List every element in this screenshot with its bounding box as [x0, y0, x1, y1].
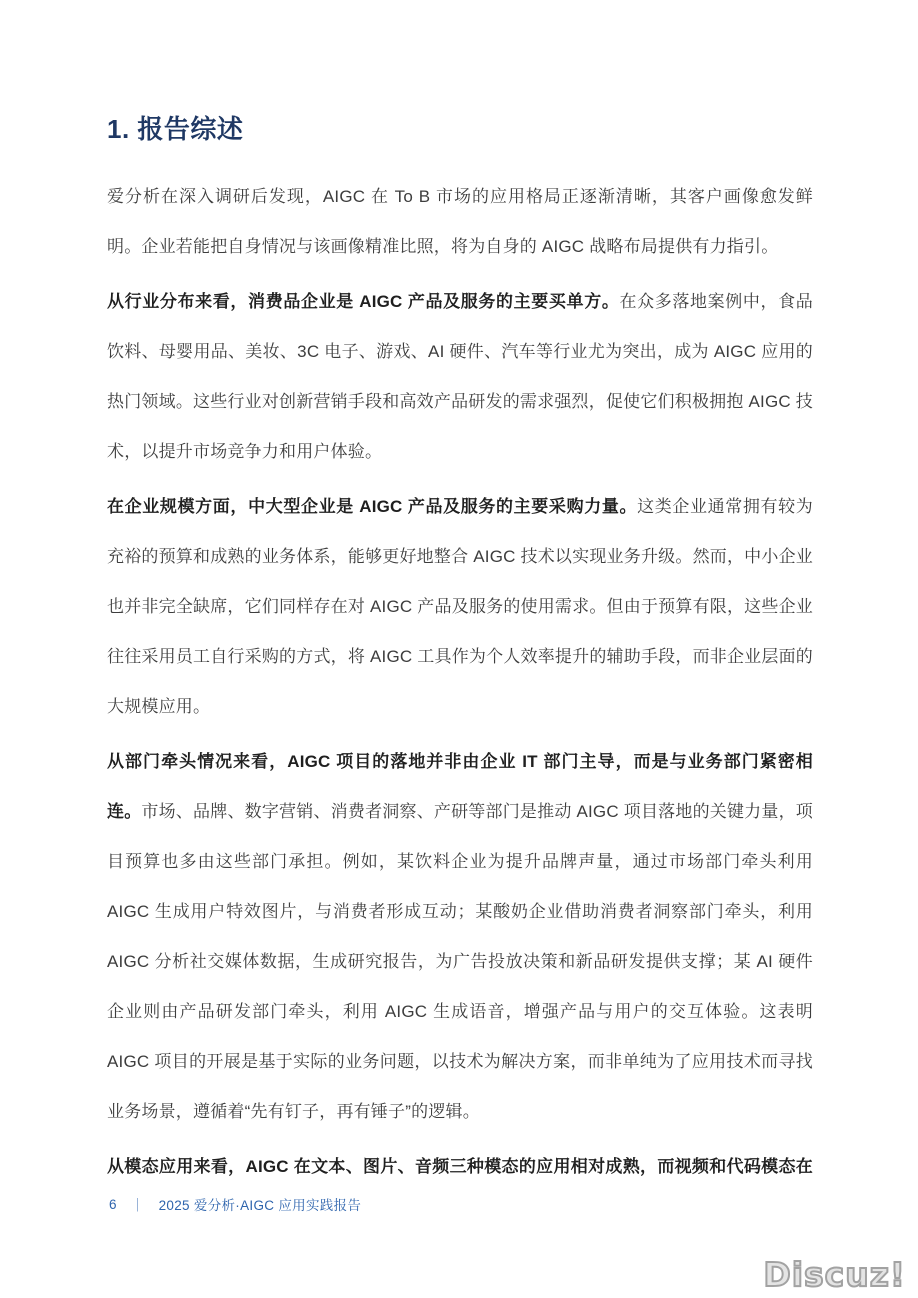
- discuz-watermark: Discuz!: [763, 1255, 906, 1294]
- paragraph-modality: 从模态应用来看，AIGC 在文本、图片、音频三种模态的应用相对成熟，而视频和代码…: [107, 1142, 813, 1192]
- page-number: 6: [109, 1197, 117, 1212]
- paragraph-intro: 爱分析在深入调研后发现，AIGC 在 To B 市场的应用格局正逐渐清晰，其客户…: [107, 172, 813, 272]
- paragraph-text: 爱分析在深入调研后发现，AIGC 在 To B 市场的应用格局正逐渐清晰，其客户…: [107, 187, 813, 256]
- page-content: 1. 报告综述 爱分析在深入调研后发现，AIGC 在 To B 市场的应用格局正…: [107, 112, 813, 1192]
- paragraph-lead-bold: 在企业规模方面，中大型企业是 AIGC 产品及服务的主要采购力量。: [107, 497, 637, 516]
- paragraph-text: 这类企业通常拥有较为充裕的预算和成熟的业务体系，能够更好地整合 AIGC 技术以…: [107, 497, 813, 716]
- paragraph-text: 市场、品牌、数字营销、消费者洞察、产研等部门是推动 AIGC 项目落地的关键力量…: [107, 802, 813, 1121]
- paragraph-industry: 从行业分布来看，消费品企业是 AIGC 产品及服务的主要买单方。在众多落地案例中…: [107, 277, 813, 477]
- footer-report-title: 2025 爱分析·AIGC 应用实践报告: [159, 1194, 362, 1214]
- section-heading: 1. 报告综述: [107, 112, 813, 146]
- paragraph-department: 从部门牵头情况来看，AIGC 项目的落地并非由企业 IT 部门主导，而是与业务部…: [107, 737, 813, 1137]
- report-page: 1. 报告综述 爱分析在深入调研后发现，AIGC 在 To B 市场的应用格局正…: [0, 0, 918, 1298]
- paragraph-enterprise-scale: 在企业规模方面，中大型企业是 AIGC 产品及服务的主要采购力量。这类企业通常拥…: [107, 482, 813, 732]
- paragraph-text: 在众多落地案例中，食品饮料、母婴用品、美妆、3C 电子、游戏、AI 硬件、汽车等…: [107, 292, 813, 461]
- paragraph-lead-bold: 从模态应用来看，AIGC 在文本、图片、音频三种模态的应用相对成熟，而视频和代码…: [107, 1157, 813, 1192]
- footer-divider: ｜: [131, 1194, 145, 1214]
- paragraph-lead-bold: 从行业分布来看，消费品企业是 AIGC 产品及服务的主要买单方。: [107, 292, 619, 311]
- page-footer: 6 ｜ 2025 爱分析·AIGC 应用实践报告: [109, 1194, 361, 1214]
